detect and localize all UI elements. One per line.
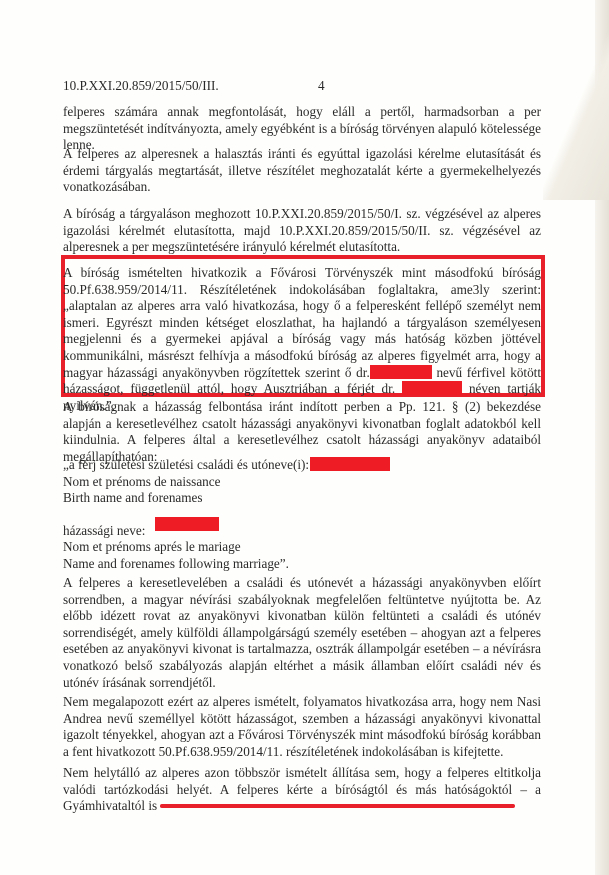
birth-name-en: Birth name and forenames: [63, 490, 541, 507]
page-number: 4: [318, 78, 325, 94]
highlight-underline: [160, 804, 515, 808]
redaction-block: [155, 517, 219, 531]
redaction-block: [402, 381, 462, 395]
paragraph-5: A bíróságnak a házasság felbontása iránt…: [63, 399, 541, 465]
page-corner-fold: [543, 0, 609, 200]
marriage-record-quote: „a férj születési születési családi és u…: [63, 457, 541, 573]
paragraph-6: A felperes a keresetlevelében a családi …: [63, 575, 541, 691]
paragraph-7: Nem megalapozott ezért az alperes isméte…: [63, 694, 541, 760]
redaction-block: [370, 365, 432, 379]
married-name-en: Name and forenames following marriage”.: [63, 556, 541, 573]
paragraph-4-quoted-ruling: A bíróság ismételten hivatkozik a Főváro…: [63, 265, 541, 414]
paragraph-3: A bíróság a tárgyaláson meghozott 10.P.X…: [63, 206, 541, 256]
birth-name-label: „a férj születési születési családi és u…: [63, 457, 541, 474]
married-name-fr: Nom et prénoms aprés le mariage: [63, 539, 541, 556]
page-header: 10.P.XXI.20.859/2015/50/III. 4: [63, 78, 219, 94]
redaction-block: [310, 457, 390, 471]
married-name-label: házassági neve:: [63, 523, 541, 540]
birth-name-fr: Nom et prénoms de naissance: [63, 474, 541, 491]
paragraph-2: A felperes az alperesnek a halasztás irá…: [63, 146, 541, 196]
case-number: 10.P.XXI.20.859/2015/50/III.: [63, 78, 219, 93]
